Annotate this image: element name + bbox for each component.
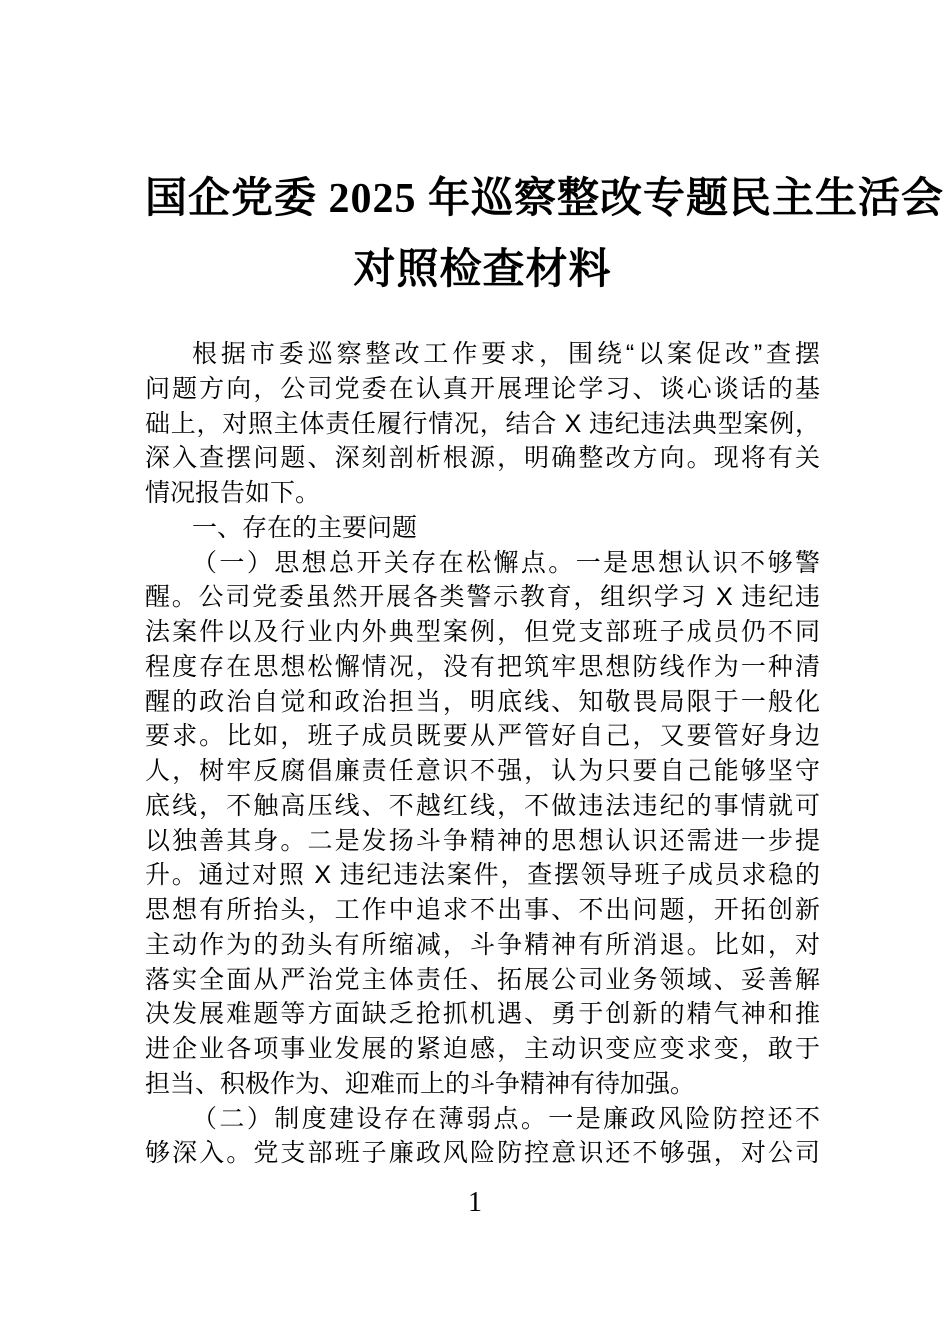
body-line: 够深入。党支部班子廉政风险防控意识还不够强，对公司 [145,1136,820,1171]
body-line: （二）制度建设存在薄弱点。一是廉政风险防控还不 [145,1102,820,1137]
body-line: 要求。比如，班子成员既要从严管好自己，又要管好身边 [145,719,820,754]
body-line: 进企业各项事业发展的紧迫感，主动识变应变求变，敢于 [145,1032,820,1067]
body-line: 主动作为的劲头有所缩减，斗争精神有所消退。比如，对 [145,928,820,963]
section-heading: 一、存在的主要问题 [145,511,820,546]
body-line: 升。通过对照 X 违纪违法案件，查摆领导班子成员求稳的 [145,858,820,893]
body-line: 问题方向，公司党委在认真开展理论学习、谈心谈话的基 [145,372,820,407]
page-number: 1 [468,1187,482,1218]
body-line: 法案件以及行业内外典型案例，但党支部班子成员仍不同 [145,615,820,650]
body-line: 情况报告如下。 [145,476,820,511]
title-line-1: 国企党委 2025 年巡察整改专题民主生活会 [145,163,820,234]
body-line: 担当、积极作为、迎难而上的斗争精神有待加强。 [145,1067,820,1102]
body-line: 根据市委巡察整改工作要求，围绕“以案促改”查摆 [145,337,820,372]
title-line-2: 对照检查材料 [145,234,820,304]
body-line: 以独善其身。二是发扬斗争精神的思想认识还需进一步提 [145,824,820,859]
body-line: 底线，不触高压线、不越红线，不做违法违纪的事情就可 [145,789,820,824]
body-line: 决发展难题等方面缺乏抢抓机遇、勇于创新的精气神和推 [145,997,820,1032]
body-line: 础上，对照主体责任履行情况，结合 X 违纪违法典型案例， [145,407,820,442]
title-year: 2025 [317,176,428,222]
body-line: 深入查摆问题、深刻剖析根源，明确整改方向。现将有关 [145,441,820,476]
body-line: 醒的政治自觉和政治担当，明底线、知敬畏局限于一般化 [145,685,820,720]
body-line: （一）思想总开关存在松懈点。一是思想认识不够警 [145,546,820,581]
document-page: 国企党委 2025 年巡察整改专题民主生活会 对照检查材料 根据市委巡察整改工作… [0,0,950,1344]
body-line: 醒。公司党委虽然开展各类警示教育，组织学习 X 违纪违 [145,580,820,615]
title-text-part2: 年巡察整改专题民主生活会 [428,174,944,221]
document-body: 根据市委巡察整改工作要求，围绕“以案促改”查摆问题方向，公司党委在认真开展理论学… [145,337,820,1171]
page-footer: 1 [0,1188,950,1218]
body-line: 思想有所抬头，工作中追求不出事、不出问题，开拓创新 [145,893,820,928]
body-line: 落实全面从严治党主体责任、拓展公司业务领域、妥善解 [145,963,820,998]
title-text-part1: 国企党委 [145,174,317,221]
body-line: 人，树牢反腐倡廉责任意识不强，认为只要自己能够坚守 [145,754,820,789]
document-title: 国企党委 2025 年巡察整改专题民主生活会 对照检查材料 [145,163,820,304]
body-line: 程度存在思想松懈情况，没有把筑牢思想防线作为一种清 [145,650,820,685]
